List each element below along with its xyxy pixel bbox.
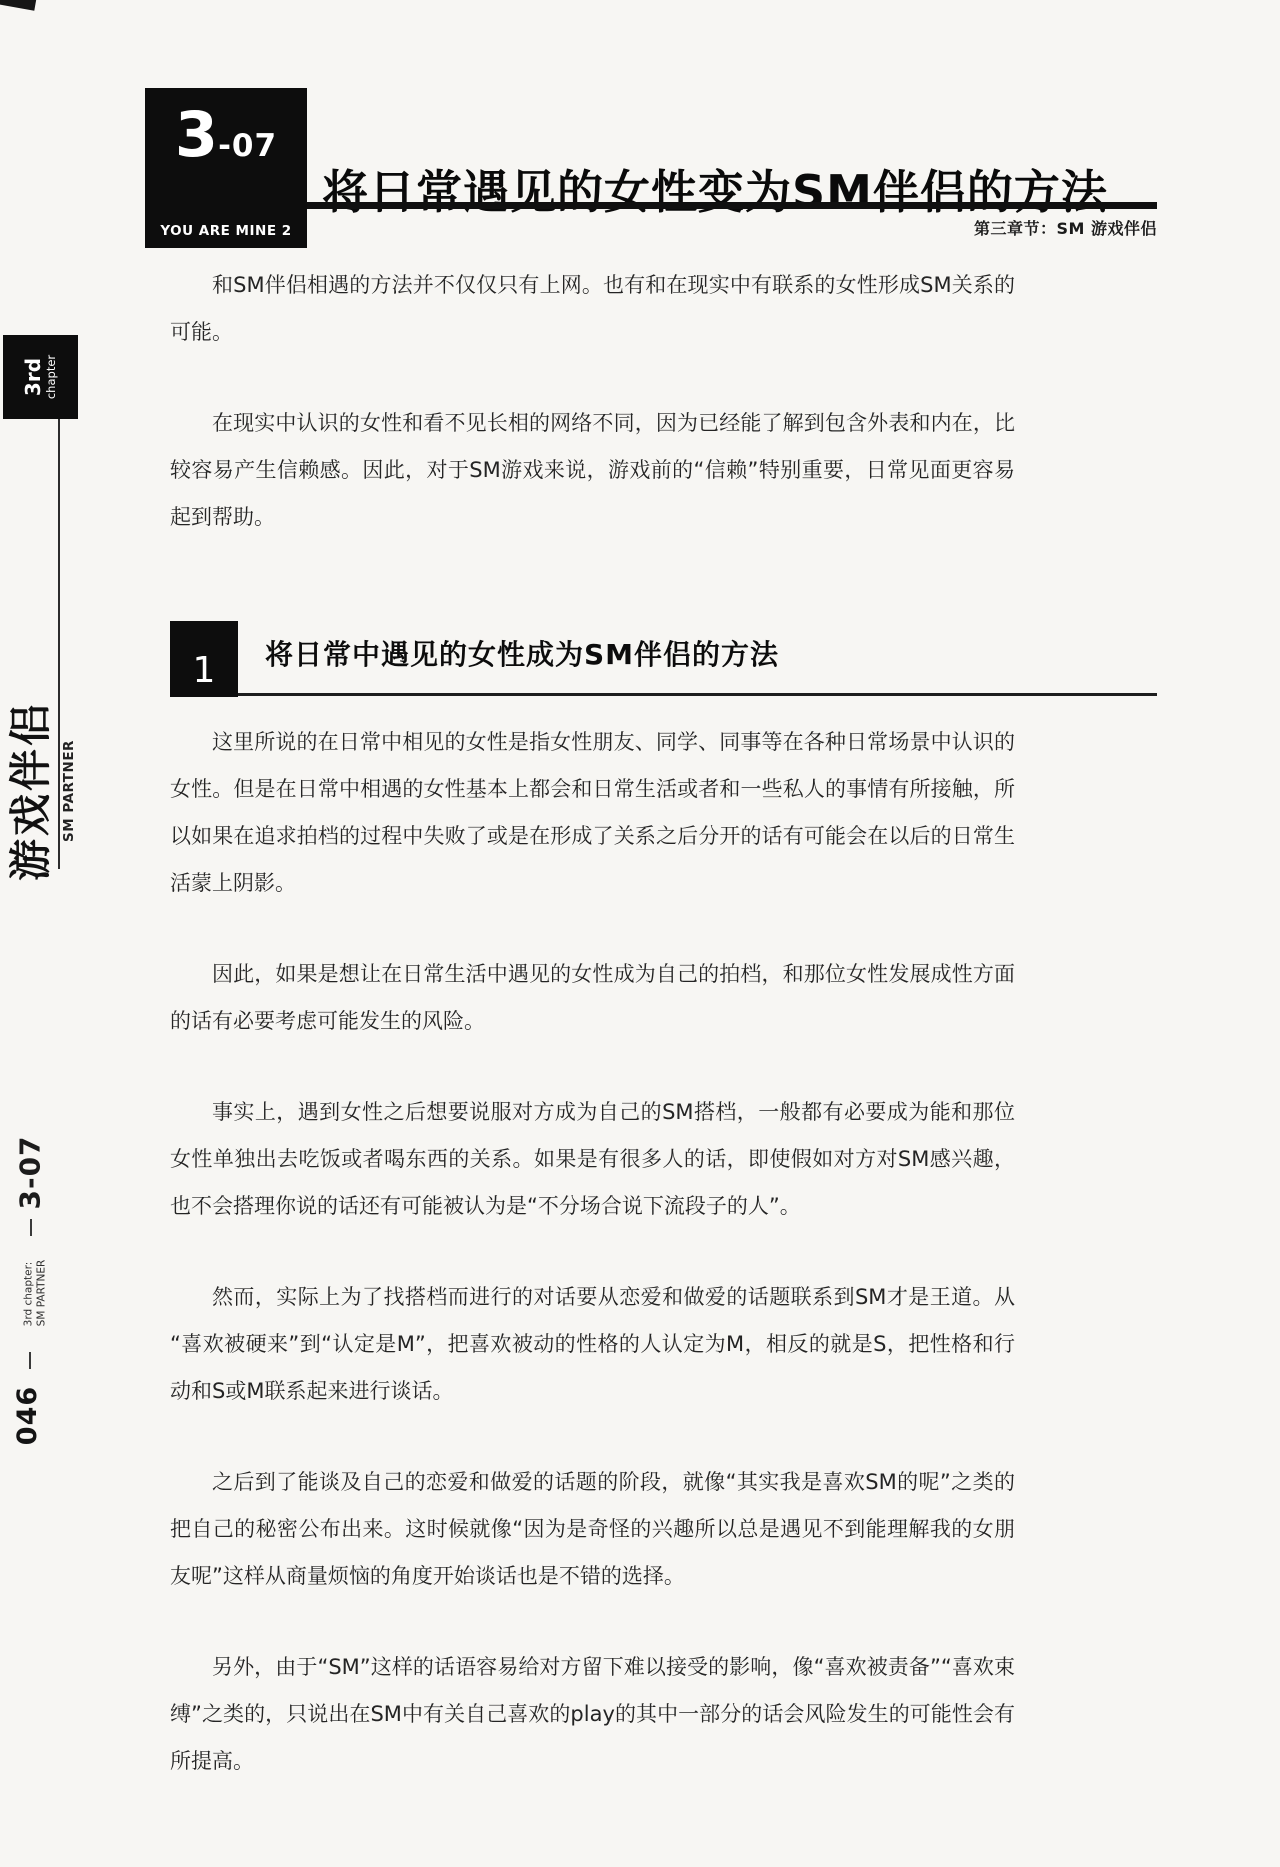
sidebar-tab-chapter-ordinal: 3rd (23, 358, 45, 396)
chapter-number: 3-07 (145, 104, 307, 166)
chapter-number-big: 3 (175, 98, 218, 171)
sidebar-chapter-tab-text: 3rd chapter (23, 355, 59, 399)
section-rule (238, 693, 1157, 696)
edition-title-cn: 游戏伴侣 (0, 695, 56, 887)
sidebar-footer-chapter: 3-07 (8, 1128, 52, 1216)
body-paragraph: 因此，如果是想让在日常生活中遇见的女性成为自己的拍档，和那位女性发展成性方面的话… (170, 951, 1015, 1045)
intro-paragraph: 在现实中认识的女性和看不见长相的网络不同，因为已经能了解到包含外表和内在，比较容… (170, 400, 1015, 541)
body-paragraph: 然而，实际上为了找搭档而进行的对话要从恋爱和做爱的话题联系到SM才是王道。从“喜… (170, 1274, 1015, 1415)
edition-title-cn-text: 游戏伴侣 (0, 701, 58, 881)
book-page: 3-07 YOU ARE MINE 2 将日常遇见的女性变为SM伴侣的方法 第三… (0, 0, 1280, 1867)
edition-title-en-text: SM PARTNER (61, 740, 77, 842)
section-number-box: 1 (170, 621, 238, 697)
sidebar-footer-caption: 3rd chapter: SM PARTNER (12, 1242, 58, 1344)
body-paragraph: 事实上，遇到女性之后想要说服对方成为自己的SM搭档，一般都有必要成为能和那位女性… (170, 1089, 1015, 1230)
edition-title-en: SM PARTNER (56, 710, 82, 872)
page-number: 046 (6, 1372, 50, 1458)
section-header: 1 将日常中遇见的女性成为SM伴侣的方法 (170, 621, 1015, 701)
title-rule (307, 202, 1157, 209)
chapter-number-small: -07 (218, 128, 277, 164)
body-content: 和SM伴侣相遇的方法并不仅仅只有上网。也有和在现实中有联系的女性形成SM关系的可… (170, 262, 1015, 1829)
chapter-subtitle: 第三章节：SM 游戏伴侣 (307, 216, 1157, 239)
page-number-text: 046 (13, 1385, 44, 1444)
sidebar-footer-caption-text: 3rd chapter: SM PARTNER (22, 1260, 48, 1327)
sidebar-separator-bar (29, 1352, 31, 1369)
body-paragraph: 之后到了能谈及自己的恋爱和做爱的话题的阶段，就像“其实我是喜欢SM的呢”之类的把… (170, 1459, 1015, 1600)
chapter-number-box: 3-07 YOU ARE MINE 2 (145, 88, 307, 248)
intro-paragraph: 和SM伴侣相遇的方法并不仅仅只有上网。也有和在现实中有联系的女性形成SM关系的可… (170, 262, 1015, 356)
sidebar-separator-bar (30, 1219, 32, 1236)
section-title: 将日常中遇见的女性成为SM伴侣的方法 (265, 633, 779, 673)
body-paragraph: 这里所说的在日常中相见的女性是指女性朋友、同学、同事等在各种日常场景中认识的女性… (170, 719, 1015, 907)
sidebar-footer-caption-line2: SM PARTNER (35, 1260, 47, 1327)
page-title: 将日常遇见的女性变为SM伴侣的方法 (322, 165, 1172, 220)
series-label: YOU ARE MINE 2 (145, 223, 307, 239)
sidebar-tab-chapter-word: chapter (45, 355, 59, 399)
sidebar-chapter-tab: 3rd chapter (3, 335, 78, 419)
sidebar-footer-chapter-text: 3-07 (14, 1135, 47, 1209)
body-paragraph: 另外，由于“SM”这样的话语容易给对方留下难以接受的影响，像“喜欢被责备”“喜欢… (170, 1644, 1015, 1785)
sidebar-footer-caption-line1: 3rd chapter: (22, 1262, 34, 1327)
scan-corner-artifact (0, 0, 37, 11)
